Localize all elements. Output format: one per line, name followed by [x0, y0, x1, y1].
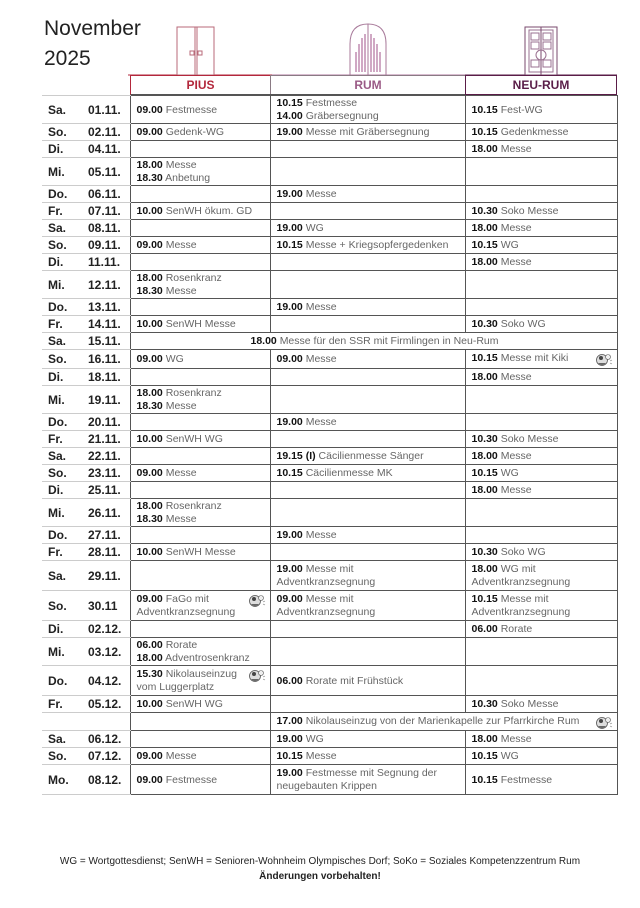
event-cell-pius — [130, 299, 270, 316]
event: 09.00 Messe mit — [277, 593, 461, 606]
event: 10.30 Soko WG — [472, 318, 613, 331]
weekday: So. — [48, 750, 88, 763]
event: 10.30 Soko WG — [472, 546, 613, 559]
weekday: Do. — [48, 529, 88, 542]
day-cell: So.09.11. — [42, 237, 130, 254]
table-row: Mi.05.11.18.00 Messe18.30 Anbetung — [42, 158, 617, 186]
weekday: Fr. — [48, 546, 88, 559]
event-cell-rum: 19.00 Festmesse mit Segnung der neugebau… — [270, 765, 465, 795]
event: 18.30 Anbetung — [137, 172, 266, 185]
weekday: Fr. — [48, 698, 88, 711]
event-time: 09.00 — [137, 104, 163, 116]
date: 06.11. — [88, 187, 121, 201]
event-cell-rum — [270, 254, 465, 271]
event-time: 09.00 — [137, 126, 163, 138]
event: 19.00 WG — [277, 222, 461, 235]
event-title: WG — [306, 733, 324, 745]
date: 08.11. — [88, 221, 121, 235]
event-title: Messe mit — [306, 563, 354, 575]
event-cell-pius: 06.00 Rorate18.00 Adventrosenkranz — [130, 638, 270, 666]
weekday: Di. — [48, 143, 88, 156]
event: 18.00 Messe — [472, 484, 613, 497]
weekday: Di. — [48, 623, 88, 636]
event-title: Messe mit Gräbersegnung — [306, 126, 430, 138]
event-cell-rum — [270, 621, 465, 638]
event: Adventkranzsegnung — [277, 606, 461, 619]
event-cell-neu-rum — [465, 414, 617, 431]
event-title: Messe — [501, 450, 532, 462]
column-header-pius: PIUS — [130, 75, 271, 95]
event-cell-rum — [270, 638, 465, 666]
event-cell-rum: 10.15 Messe — [270, 748, 465, 765]
event-title: Nikolauseinzug von der Marienkapelle zur… — [306, 715, 580, 727]
event-title: Messe — [306, 416, 337, 428]
event: 18.00 Messe — [472, 143, 613, 156]
event-cell-neu-rum: 10.15 WG — [465, 237, 617, 254]
event-title: Adventrosenkranz — [165, 652, 250, 664]
day-cell: Do.04.12. — [42, 666, 130, 696]
event: 18.00 Rosenkranz — [137, 387, 266, 400]
day-cell: Fr.07.11. — [42, 203, 130, 220]
table-row: Do.04.12.15.30 Nikolauseinzug vom Lugger… — [42, 666, 617, 696]
pius-church-icon — [128, 25, 273, 77]
event-cell-pius — [130, 369, 270, 386]
event-cell-neu-rum — [465, 158, 617, 186]
event-title: Cäcilienmesse MK — [306, 467, 393, 479]
event-cell-pius: 10.00 SenWH Messe — [130, 316, 270, 333]
event-time: 10.15 — [472, 126, 498, 138]
event-cell-rum — [270, 544, 465, 561]
date: 06.12. — [88, 732, 121, 746]
date: 29.11. — [88, 569, 121, 583]
date: 08.12. — [88, 773, 121, 787]
table-row: Sa.01.11.09.00 Festmesse10.15 Festmesse1… — [42, 96, 617, 124]
day-cell: Di.18.11. — [42, 369, 130, 386]
day-cell: Sa.08.11. — [42, 220, 130, 237]
table-row: So.09.11.09.00 Messe10.15 Messe + Kriegs… — [42, 237, 617, 254]
event-title: Cäcilienmesse Sänger — [319, 450, 424, 462]
event-cell-rum: 19.00 Messe mit Adventkranzsegnung — [270, 561, 465, 591]
event-title: Rosenkranz — [166, 387, 222, 399]
event-title: Rosenkranz — [166, 272, 222, 284]
event-time: 09.00 — [277, 353, 303, 365]
table-row: So.16.11.09.00 WG09.00 Messe10.15 Messe … — [42, 350, 617, 369]
event-time: 10.00 — [137, 698, 163, 710]
event: 19.00 Messe — [277, 416, 461, 429]
event-time: 09.00 — [137, 750, 163, 762]
event-time: 19.00 — [277, 563, 303, 575]
event: 19.00 Messe mit Gräbersegnung — [277, 126, 461, 139]
weekday: Do. — [48, 301, 88, 314]
rum-church-icon — [272, 22, 465, 77]
table-row: Do.20.11.19.00 Messe — [42, 414, 617, 431]
day-cell: Do.06.11. — [42, 186, 130, 203]
day-cell: Mi.05.11. — [42, 158, 130, 186]
event-time: 09.00 — [277, 593, 303, 605]
event-time: 18.00 — [137, 272, 163, 284]
event-cell-pius: 09.00 FaGo mit Adventkranzsegnung — [130, 591, 270, 621]
event: 18.00 Messe — [472, 371, 613, 384]
date: 18.11. — [88, 370, 121, 384]
event-title: Rorate — [166, 639, 198, 651]
weekday: Do. — [48, 416, 88, 429]
event-title: SenWH Messe — [166, 318, 236, 330]
event: 18.00 Messe — [472, 222, 613, 235]
event-cell-pius — [130, 141, 270, 158]
event: 19.00 Festmesse mit Segnung der — [277, 767, 461, 780]
day-cell: Mi.19.11. — [42, 386, 130, 414]
weekday: Sa. — [48, 104, 88, 117]
event-time: 19.15 (I) — [277, 450, 316, 462]
event-time: 19.00 — [277, 222, 303, 234]
event-title: WG — [166, 353, 184, 365]
date: 14.11. — [88, 317, 121, 331]
event-time: 18.00 — [137, 159, 163, 171]
event-cell-pius: 10.00 SenWH WG — [130, 431, 270, 448]
event: 09.00 Festmesse — [137, 774, 266, 787]
weekday: So. — [48, 600, 88, 613]
event: 10.00 SenWH ökum. GD — [137, 205, 266, 218]
event: 10.00 SenWH WG — [137, 433, 266, 446]
event-cell-rum — [270, 431, 465, 448]
event-cell-neu-rum — [465, 666, 617, 696]
date: 23.11. — [88, 466, 121, 480]
event: 10.15 Messe + Kriegsopfergedenken — [277, 239, 461, 252]
event-time: 17.00 — [277, 715, 303, 727]
table-row: So.23.11.09.00 Messe10.15 Cäcilienmesse … — [42, 465, 617, 482]
event-title: WG — [501, 467, 519, 479]
event: 09.00 Messe — [137, 467, 266, 480]
date: 21.11. — [88, 432, 121, 446]
event-title: Messe — [306, 750, 337, 762]
date: 05.11. — [88, 165, 121, 179]
event-title: Adventkranzsegnung — [472, 576, 571, 588]
event: 10.30 Soko Messe — [472, 205, 613, 218]
day-cell: Mi.12.11. — [42, 271, 130, 299]
event-cell-neu-rum: 10.15 Messe mit Kiki — [465, 350, 617, 369]
neu-rum-church-icon — [465, 25, 617, 77]
table-row: Mi.26.11.18.00 Rosenkranz18.30 Messe — [42, 499, 617, 527]
event-cell-rum: 19.00 Messe — [270, 527, 465, 544]
event-time: 06.00 — [137, 639, 163, 651]
date: 12.11. — [88, 278, 121, 292]
date: 01.11. — [88, 103, 121, 117]
event: 18.30 Messe — [137, 513, 266, 526]
event: 19.00 WG — [277, 733, 461, 746]
weekday: So. — [48, 467, 88, 480]
event-time: 06.00 — [472, 623, 498, 635]
date: 05.12. — [88, 697, 121, 711]
event-time: 18.00 — [472, 563, 498, 575]
day-cell: Do.20.11. — [42, 414, 130, 431]
event-cell-rum: 19.00 WG — [270, 220, 465, 237]
event: 10.15 WG — [472, 750, 613, 763]
event-cell-neu-rum: 18.00 Messe — [465, 482, 617, 499]
event: 10.00 SenWH Messe — [137, 318, 266, 331]
event-cell-rum: 10.15 Festmesse14.00 Gräbersegnung — [270, 96, 465, 124]
event-cell-neu-rum: 10.15 Festmesse — [465, 765, 617, 795]
table-row: Sa.08.11.19.00 WG18.00 Messe — [42, 220, 617, 237]
event: 18.00 Messe — [137, 159, 266, 172]
event: 10.00 SenWH Messe — [137, 546, 266, 559]
event-title: SenWH WG — [166, 698, 223, 710]
date: 19.11. — [88, 393, 121, 407]
event-cell-pius: 09.00 Gedenk-WG — [130, 124, 270, 141]
event: 19.00 Messe mit — [277, 563, 461, 576]
event-cell-pius: 09.00 Messe — [130, 237, 270, 254]
table-row: 17.00 Nikolauseinzug von der Marienkapel… — [42, 713, 617, 731]
event-cell-neu-rum: 10.30 Soko Messe — [465, 431, 617, 448]
event-cell-pius — [130, 621, 270, 638]
column-header-rum: RUM — [270, 75, 466, 95]
event-cell-pius — [130, 186, 270, 203]
footer-note: Änderungen vorbehalten! — [0, 871, 640, 882]
day-cell: Di.04.11. — [42, 141, 130, 158]
day-cell: Fr.14.11. — [42, 316, 130, 333]
event-cell-pius: 09.00 Festmesse — [130, 96, 270, 124]
event-time: 18.00 — [137, 387, 163, 399]
table-row: Di.25.11.18.00 Messe — [42, 482, 617, 499]
day-cell: Sa.06.12. — [42, 731, 130, 748]
table-row: Do.27.11.19.00 Messe — [42, 527, 617, 544]
event-cell-pius — [130, 731, 270, 748]
day-cell: Sa.22.11. — [42, 448, 130, 465]
event-time: 10.00 — [137, 546, 163, 558]
event-time: 10.15 — [472, 774, 498, 786]
event-cell-pius: 18.00 Rosenkranz18.30 Messe — [130, 271, 270, 299]
event-title: Messe — [501, 222, 532, 234]
event-time: 18.00 — [137, 652, 163, 664]
date: 02.11. — [88, 125, 121, 139]
event-cell-pius — [130, 254, 270, 271]
event-time: 18.00 — [472, 450, 498, 462]
event-time: 18.30 — [137, 400, 163, 412]
event-cell-neu-rum: 18.00 Messe — [465, 254, 617, 271]
weekday: Mi. — [48, 507, 88, 520]
date: 03.12. — [88, 645, 121, 659]
event-cell-pius — [130, 527, 270, 544]
event-cell-neu-rum: 10.30 Soko Messe — [465, 696, 617, 713]
event-title: Adventkranzsegnung — [472, 606, 571, 618]
event-time: 19.00 — [277, 733, 303, 745]
table-row: Fr.07.11.10.00 SenWH ökum. GD10.30 Soko … — [42, 203, 617, 220]
event-cell-pius: 09.00 Messe — [130, 465, 270, 482]
event: 19.00 Messe — [277, 188, 461, 201]
event-cell-rum: 19.00 Messe mit Gräbersegnung — [270, 124, 465, 141]
day-cell: Sa.01.11. — [42, 96, 130, 124]
event-title: Messe — [501, 143, 532, 155]
event-time: 10.15 — [472, 750, 498, 762]
event-cell-pius — [130, 561, 270, 591]
table-row: Mi.03.12.06.00 Rorate18.00 Adventrosenkr… — [42, 638, 617, 666]
day-cell: Di.02.12. — [42, 621, 130, 638]
event: 15.30 Nikolauseinzug — [137, 668, 266, 681]
year-label: 2025 — [44, 44, 141, 74]
event-cell-rum — [270, 696, 465, 713]
event-time: 10.30 — [472, 318, 498, 330]
event-title: Festmesse — [166, 774, 217, 786]
table-row: Mo.08.12.09.00 Festmesse19.00 Festmesse … — [42, 765, 617, 795]
event: 10.15 Festmesse — [472, 774, 613, 787]
event-cell-neu-rum: 10.15 WG — [465, 465, 617, 482]
event: 10.15 Messe mit Kiki — [472, 352, 613, 365]
event: 10.15 WG — [472, 467, 613, 480]
event-cell-neu-rum: 10.30 Soko WG — [465, 544, 617, 561]
event-cell-neu-rum — [465, 527, 617, 544]
event: 09.00 FaGo mit — [137, 593, 266, 606]
event-cell-rum — [270, 499, 465, 527]
day-cell: Sa.15.11. — [42, 333, 130, 350]
event-cell-pius — [130, 713, 270, 731]
weekday: Di. — [48, 484, 88, 497]
event-cell-pius — [130, 448, 270, 465]
event-title: WG — [501, 750, 519, 762]
table-row: So.07.12.09.00 Messe10.15 Messe10.15 WG — [42, 748, 617, 765]
event-title: Adventkranzsegnung — [137, 606, 236, 618]
event-cell-pius: 10.00 SenWH Messe — [130, 544, 270, 561]
event-time: 10.15 — [472, 239, 498, 251]
event-title: Adventkranzsegnung — [277, 576, 376, 588]
event-title: WG — [501, 239, 519, 251]
event-cell-rum — [270, 369, 465, 386]
table-row: So.30.1109.00 FaGo mit Adventkranzsegnun… — [42, 591, 617, 621]
event: Adventkranzsegnung — [472, 606, 613, 619]
event-title: Messe — [166, 285, 197, 297]
event-title: Messe für den SSR mit Firmlingen in Neu-… — [280, 335, 499, 347]
event-title: FaGo mit — [166, 593, 209, 605]
table-row: Fr.28.11.10.00 SenWH Messe10.30 Soko WG — [42, 544, 617, 561]
event-time: 09.00 — [137, 774, 163, 786]
event-time: 19.00 — [277, 767, 303, 779]
event-title: Gedenkmesse — [501, 126, 569, 138]
event-cell-pius — [130, 220, 270, 237]
table-row: Di.11.11.18.00 Messe — [42, 254, 617, 271]
day-cell: So.30.11 — [42, 591, 130, 621]
weekday: Mi. — [48, 166, 88, 179]
event-cell-neu-rum: 18.00 Messe — [465, 369, 617, 386]
day-cell: So.02.11. — [42, 124, 130, 141]
event: 10.30 Soko Messe — [472, 433, 613, 446]
column-header-neu-rum: NEU-RUM — [465, 75, 617, 95]
event-time: 10.30 — [472, 205, 498, 217]
event-title: Messe — [166, 467, 197, 479]
event: neugebauten Krippen — [277, 780, 461, 793]
date: 26.11. — [88, 506, 121, 520]
event-title: Soko WG — [501, 318, 546, 330]
event-cell-rum: 10.15 Messe + Kriegsopfergedenken — [270, 237, 465, 254]
date: 27.11. — [88, 528, 121, 542]
event: 18.00 Adventrosenkranz — [137, 652, 266, 665]
event-time: 06.00 — [277, 675, 303, 687]
event-time: 18.00 — [472, 256, 498, 268]
event-title: neugebauten Krippen — [277, 780, 377, 792]
day-cell: Di.25.11. — [42, 482, 130, 499]
event-title: Soko Messe — [501, 433, 559, 445]
table-row: Fr.14.11.10.00 SenWH Messe10.30 Soko WG — [42, 316, 617, 333]
event-cell-pius: 09.00 WG — [130, 350, 270, 369]
event-cell-rum: 19.15 (I) Cäcilienmesse Sänger — [270, 448, 465, 465]
event-time: 18.30 — [137, 172, 163, 184]
day-cell: So.07.12. — [42, 748, 130, 765]
event-title: Nikolauseinzug — [166, 668, 237, 680]
event-cell-neu-rum — [465, 186, 617, 203]
event: 19.15 (I) Cäcilienmesse Sänger — [277, 450, 461, 463]
date: 04.11. — [88, 142, 121, 156]
event-time: 18.30 — [137, 285, 163, 297]
event-cell-neu-rum: 18.00 Messe — [465, 448, 617, 465]
event-time: 19.00 — [277, 529, 303, 541]
event-title: Adventkranzsegnung — [277, 606, 376, 618]
event-time: 10.15 — [277, 750, 303, 762]
event-time: 10.15 — [277, 97, 303, 109]
event-cell-rum: 19.00 Messe — [270, 186, 465, 203]
date: 28.11. — [88, 545, 121, 559]
day-cell: Mi.03.12. — [42, 638, 130, 666]
table-row: Do.13.11.19.00 Messe — [42, 299, 617, 316]
event: 09.00 Gedenk-WG — [137, 126, 266, 139]
event-title: Messe — [306, 188, 337, 200]
weekday: Fr. — [48, 205, 88, 218]
date: 11.11. — [88, 255, 120, 269]
event-title: Messe — [306, 301, 337, 313]
weekday: Di. — [48, 256, 88, 269]
event-time: 10.30 — [472, 546, 498, 558]
event-cell-all: 18.00 Messe für den SSR mit Firmlingen i… — [130, 333, 617, 350]
event-title: Messe — [166, 513, 197, 525]
event-title: Gedenk-WG — [166, 126, 224, 138]
table-row: Do.06.11.19.00 Messe — [42, 186, 617, 203]
event-time: 10.15 — [277, 467, 303, 479]
day-cell: Mi.26.11. — [42, 499, 130, 527]
day-cell: Do.13.11. — [42, 299, 130, 316]
table-row: Fr.05.12.10.00 SenWH WG10.30 Soko Messe — [42, 696, 617, 713]
event-title: Messe — [306, 529, 337, 541]
event-time: 18.00 — [250, 335, 276, 347]
event-cell-rum — [270, 158, 465, 186]
event-cell-neu-rum — [465, 499, 617, 527]
weekday: Sa. — [48, 570, 88, 583]
event-title: SenWH ökum. GD — [166, 205, 252, 217]
event-time: 10.15 — [472, 104, 498, 116]
event-time: 10.15 — [277, 239, 303, 251]
event-title: Soko Messe — [501, 698, 559, 710]
event-cell-neu-rum: 18.00 WG mit Adventkranzsegnung — [465, 561, 617, 591]
page-title: November 2025 — [44, 14, 141, 74]
event-time: 10.00 — [137, 205, 163, 217]
event: 09.00 Messe — [137, 750, 266, 763]
event: 10.15 Messe mit — [472, 593, 613, 606]
event-title: Messe mit Kiki — [501, 352, 569, 364]
event-title: Soko WG — [501, 546, 546, 558]
event-cell-pius: 09.00 Messe — [130, 748, 270, 765]
event-title: Festmesse mit Segnung der — [306, 767, 437, 779]
event-cell-pius: 10.00 SenWH WG — [130, 696, 270, 713]
event-cell-rum — [270, 316, 465, 333]
event-cell-rum: 09.00 Messe mit Adventkranzsegnung — [270, 591, 465, 621]
event-cell-rum: 19.00 Messe — [270, 299, 465, 316]
table-row: Sa.06.12.19.00 WG18.00 Messe — [42, 731, 617, 748]
event-cell-neu-rum — [465, 638, 617, 666]
day-cell: Fr.05.12. — [42, 696, 130, 713]
event-time: 19.00 — [277, 188, 303, 200]
weekday: Mi. — [48, 646, 88, 659]
event: 10.15 Fest-WG — [472, 104, 613, 117]
day-cell — [42, 713, 130, 731]
event-cell-pius: 18.00 Rosenkranz18.30 Messe — [130, 386, 270, 414]
event: 14.00 Gräbersegnung — [277, 110, 461, 123]
event-cell-neu-rum: 10.15 Messe mit Adventkranzsegnung — [465, 591, 617, 621]
event-title: Messe — [501, 256, 532, 268]
